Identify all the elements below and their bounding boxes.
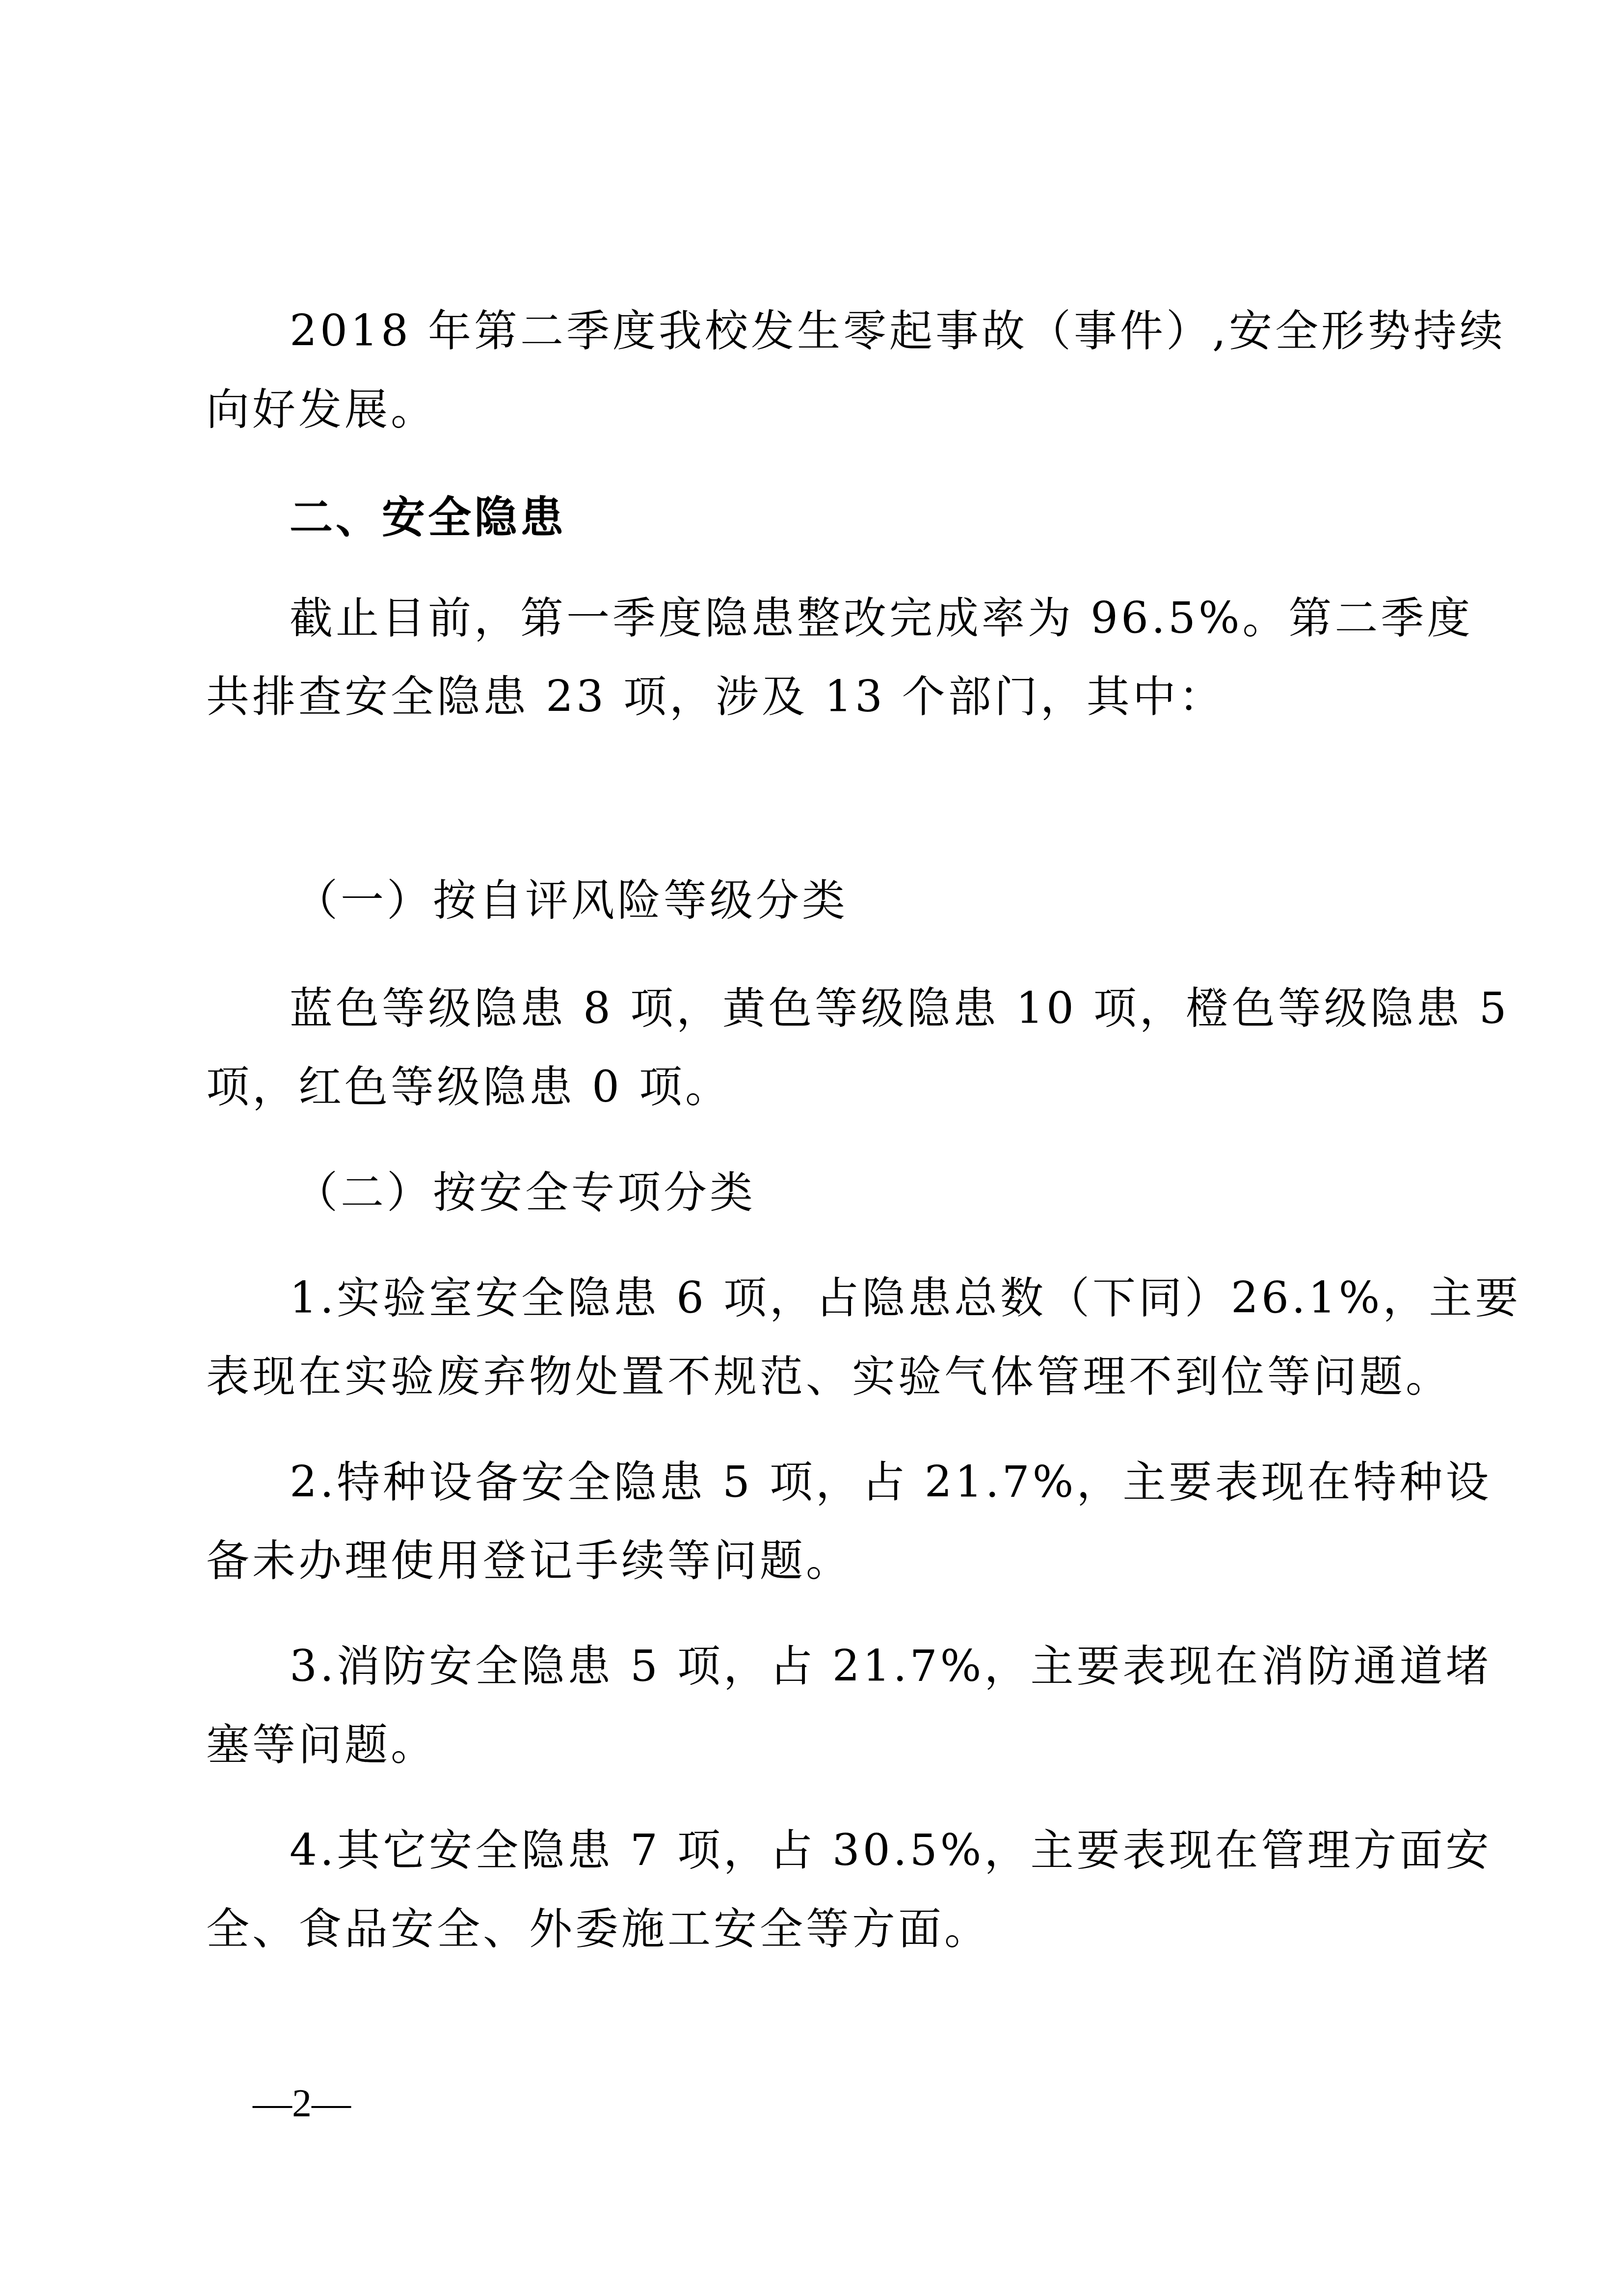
paragraph-risk-line2: 项，红色等级隐患 0 项。 <box>206 1065 731 1108</box>
paragraph-risk-line1: 蓝色等级隐患 8 项，黄色等级隐患 10 项，橙色等级隐患 5 <box>290 987 1510 1030</box>
paragraph-summary-line1: 2018 年第二季度我校发生零起事故（事件）,安全形势持续 <box>290 309 1506 352</box>
item-other-line1: 4.其它安全隐患 7 项，占 30.5%，主要表现在管理方面安 <box>290 1829 1491 1872</box>
paragraph-summary-line2: 向好发展。 <box>206 388 437 431</box>
subheading-risk-level: （一）按自评风险等级分类 <box>294 879 848 922</box>
item-fire-line1: 3.消防安全隐患 5 项，占 21.7%，主要表现在消防通道堵 <box>290 1645 1491 1688</box>
item-equipment-line1: 2.特种设备安全隐患 5 项，占 21.7%，主要表现在特种设 <box>290 1460 1491 1504</box>
subheading-special-category: （二）按安全专项分类 <box>294 1171 756 1214</box>
item-equipment-line2: 备未办理使用登记手续等问题。 <box>206 1539 852 1582</box>
item-fire-line2: 塞等问题。 <box>206 1723 437 1766</box>
section-heading-hazards: 二、安全隐患 <box>290 496 566 539</box>
paragraph-overview-line1: 截止目前，第一季度隐患整改完成率为 96.5%。第二季度 <box>290 596 1473 640</box>
paragraph-overview-line2: 共排查安全隐患 23 项，涉及 13 个部门，其中： <box>206 675 1225 718</box>
item-lab-line2: 表现在实验废弃物处置不规范、实验气体管理不到位等问题。 <box>206 1355 1452 1398</box>
item-other-line2: 全、食品安全、外委施工安全等方面。 <box>206 1907 990 1950</box>
page-number: —2— <box>253 2084 351 2123</box>
item-lab-line1: 1.实验室安全隐患 6 项，占隐患总数（下同）26.1%，主要 <box>290 1276 1521 1320</box>
